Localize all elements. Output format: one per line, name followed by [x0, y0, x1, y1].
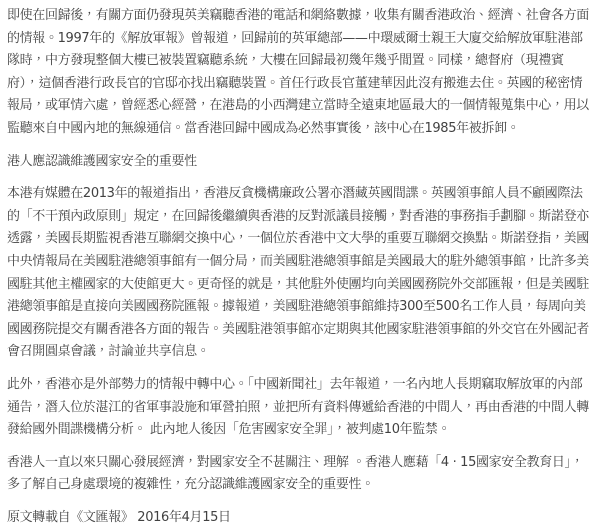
text-line: 此外，香港亦是外部勢力的情報中轉中心。「中國新聞社」去年報道，一名內地人長期竊取… [7, 374, 592, 397]
text-line: 發給國外間諜機構分析。 此內地人後因「危害國家安全罪」，被判處10年監禁。 [7, 419, 592, 442]
heading-text: 港人應認識維護國家安全的重要性 [7, 151, 592, 174]
paragraph-conclusion: 香港人一直以來只關心發展經濟，對國家安全不甚關注、理解 。香港人應藉「4 · 1… [7, 452, 592, 497]
text-line: 監聽來自中國內地的無線通信。當香港回歸中國成為必然事實後，該中心在1985年被拆… [7, 118, 592, 141]
section-heading: 港人應認識維護國家安全的重要性 [7, 151, 592, 174]
source-text: 原文轉載自《文匯報》 2016年4月15日 [7, 507, 592, 530]
text-line: 即使在回歸後，有關方面仍發現英美竊聽香港的電話和網絡數據，收集有關香港政治、經濟… [7, 5, 592, 28]
text-line: 的情報。1997年的《解放軍報》曾報道，回歸前的英軍總部——中環威爾士親王大廈交… [7, 28, 592, 51]
text-line: 透露，美國長期監視香港互聯網交換中心，一個位於香港中文大學的重要互聯網交換點。斯… [7, 228, 592, 251]
text-line: 多了解自己身處環境的複雜性，充分認識維護國家安全的重要性。 [7, 474, 592, 497]
paragraph-consulate-espionage: 本港有媒體在2013年的報道指出，香港反貪機構廉政公署亦潛藏英國間諜。英國領事館… [7, 183, 592, 364]
text-line: 的「不干預內政原則」規定，在回歸後繼續與香港的反對派議員接觸，對香港的事務指手劃… [7, 206, 592, 229]
text-line: 國國務院提交有關香港各方面的報告。美國駐港領事館亦定期與其他國家駐港領事館的外交… [7, 319, 592, 342]
article-body: 即使在回歸後，有關方面仍發現英美竊聽香港的電話和網絡數據，收集有關香港政治、經濟… [7, 5, 592, 529]
source-attribution: 原文轉載自《文匯報》 2016年4月15日 [7, 507, 592, 530]
text-line: 本港有媒體在2013年的報道指出，香港反貪機構廉政公署亦潛藏英國間諜。英國領事館… [7, 183, 592, 206]
text-line: 報局，或軍情六處，曾經悉心經營，在港島的小西灣建立當時全遠東地區最大的一個情報蒐… [7, 95, 592, 118]
paragraph-surveillance-history: 即使在回歸後，有關方面仍發現英美竊聽香港的電話和網絡數據，收集有關香港政治、經濟… [7, 5, 592, 141]
text-line: 府），這個香港行政長官的官邸亦找出竊聽裝置。首任行政長官董建華因此沒有搬進去住。… [7, 73, 592, 96]
paragraph-intelligence-relay: 此外，香港亦是外部勢力的情報中轉中心。「中國新聞社」去年報道，一名內地人長期竊取… [7, 374, 592, 442]
text-line: 中央情報局在美國駐港總領事館有一個分局，而美國駐港總領事館是美國最大的駐外總領事… [7, 251, 592, 274]
text-line: 會召開圓桌會議，討論並共享信息。 [7, 341, 592, 364]
text-line: 港總領事館是直接向美國國務院匯報。據報道，美國駐港總領事館維持300至500名工… [7, 296, 592, 319]
text-line: 隊時，中方發現整個大樓已被裝置竊聽系統，大樓在回歸最初幾年幾乎閒置。同樣，總督府… [7, 50, 592, 73]
text-line: 國駐其他主權國家的大使館更大。更奇怪的就是，其他駐外使團均向美國國務院外交部匯報… [7, 274, 592, 297]
text-line: 香港人一直以來只關心發展經濟，對國家安全不甚關注、理解 。香港人應藉「4 · 1… [7, 452, 592, 475]
document-page: { "page": { "background": "#ffffff", "te… [0, 0, 597, 531]
text-line: 通告，潛入位於湛江的省軍事設施和軍營拍照，並把所有資料傳遞給香港的中間人，再由香… [7, 397, 592, 420]
